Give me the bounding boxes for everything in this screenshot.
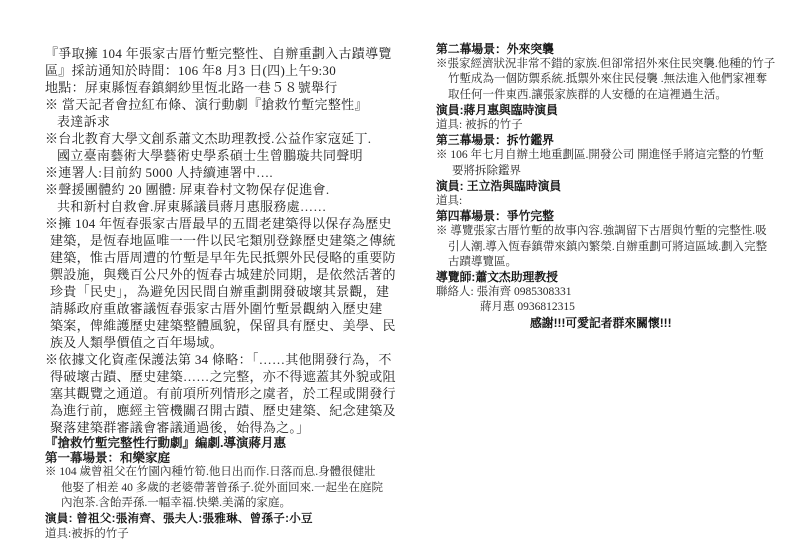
text-line: 國立臺南藝術大學藝術史學系碩士生曾鵬璇共同聲明 — [45, 147, 430, 164]
text-line: 他娶了相差 40 多歲的老婆帶著曾孫子.從外面回來.一起坐在庭院 — [45, 481, 430, 497]
text-line: 導覽師:蕭文杰助理教授 — [436, 270, 776, 285]
text-line: ※台北教育大學文創系蕭文杰助理教授.公益作家寇延丁. — [45, 130, 430, 147]
text-line: 聯絡人: 張洧齊 0985308331 — [436, 285, 776, 300]
text-line: 禦設施，與幾百公尺外的恆春古城建於同期，是依然活著的 — [45, 266, 430, 283]
text-line: 區』採訪通知於時間：106 年8 月3 日(四)上午9:30 — [45, 62, 430, 79]
text-line: 道具: 被拆的竹子 — [436, 118, 776, 133]
text-line: 共和新村自救會.屏東縣議員蔣月惠服務處…… — [45, 198, 430, 215]
right-text-column: 第二幕場景：外來突襲※張家經濟狀況非常不錯的家族.但卻常招外來住民突襲.他種的竹… — [436, 42, 776, 342]
text-line: ※擁 104 年恆春張家古厝最早的五間老建築得以保存為歷史 — [45, 215, 430, 232]
text-line: 為進行前，應經主管機關召開古蹟、歷史建築、紀念建築及 — [45, 402, 430, 419]
text-line: 蔣月惠 0936812315 — [436, 300, 776, 315]
text-line: 得破壞古蹟、歷史建築……之完整，亦不得遮蓋其外貌或阻 — [45, 368, 430, 385]
text-line: ※ 106 年七月自辦土地重劃區.開發公司 開進怪手將這完整的竹塹 — [436, 148, 776, 163]
text-line: 建築，惟古厝周遭的竹塹是早年先民抵禦外民侵略的重要防 — [45, 249, 430, 266]
text-line: 竹塹成為一個防禦系統.抵禦外來住民侵襲 .無法進入他們家裡奪 — [436, 72, 776, 87]
text-line: 族及人類學價值之百年場域。 — [45, 334, 430, 351]
text-line: 取任何一件東西.讓張家族群的人安穩的在這裡過生活。 — [436, 88, 776, 103]
left-text-column: 『爭取擁 104 年張家古厝竹塹完整性、自辦重劃入古蹟導覽區』採訪通知於時間：1… — [45, 45, 430, 545]
text-line: 第三幕場景：拆竹鑑界 — [436, 133, 776, 148]
text-line: 感謝!!!可愛記者群來關懷!!! — [436, 316, 776, 331]
text-line: 『爭取擁 104 年張家古厝竹塹完整性、自辦重劃入古蹟導覽 — [45, 45, 430, 62]
text-line: 塞其觀覽之通道。有前項所列情形之虞者，於工程或開發行 — [45, 385, 430, 402]
text-line: 內泡茶.含飴弄孫.一幅幸福.快樂.美滿的家庭。 — [45, 496, 430, 512]
text-line: 演員: 王立浩與臨時演員 — [436, 179, 776, 194]
text-line: 聚落建築群審議會審議通過後，始得為之。」 — [45, 419, 430, 436]
text-line: 道具: — [436, 194, 776, 209]
text-line: ※ 104 歲曾祖父在竹園內種竹筍.他日出而作.日落而息.身體很健壯 — [45, 465, 430, 481]
text-line: 地點：屏東縣恆春鎮網紗里恆北路一巷５８號舉行 — [45, 79, 430, 96]
text-line: 第四幕場景：爭竹完整 — [436, 209, 776, 224]
text-line: 築案，俾維護歷史建築整體風貌，保留具有歷史、美學、民 — [45, 317, 430, 334]
press-release-document: 『爭取擁 104 年張家古厝竹塹完整性、自辦重劃入古蹟導覽區』採訪通知於時間：1… — [0, 0, 800, 551]
text-line: ※ 導覽張家古厝竹塹的故事內容.強調留下古厝與竹塹的完整性.吸 — [436, 224, 776, 239]
text-line: 珍貴「民史」，為避免因民間自辦重劃開發破壞其景觀，建 — [45, 283, 430, 300]
text-line: 建築，是恆春地區唯一一件以民宅類別登錄歷史建築之傳統 — [45, 232, 430, 249]
text-line: 第一幕場景：和樂家庭 — [45, 451, 430, 466]
text-line: ※聲援團體約 20 團體: 屏東眷村文物保存促進會. — [45, 181, 430, 198]
text-line: ※依據文化資產保護法第 34 條略：「……其他開發行為，不 — [45, 351, 430, 368]
text-line: ※張家經濟狀況非常不錯的家族.但卻常招外來住民突襲.他種的竹子. — [436, 57, 776, 72]
text-line: 古蹟導覽區。 — [436, 255, 776, 270]
text-line: ※連署人:目前約 5000 人持續連署中…. — [45, 164, 430, 181]
text-line: 『搶救竹塹完整性行動劇』編劇.導演蔣月惠 — [45, 436, 430, 451]
text-line: 第二幕場景：外來突襲 — [436, 42, 776, 57]
text-line: 要將拆除鑑界 — [436, 164, 776, 179]
text-line: ※ 當天記者會拉紅布條、演行動劇『搶救竹塹完整性』 — [45, 96, 430, 113]
text-line: 演員:蔣月惠與臨時演員 — [436, 103, 776, 118]
text-line: 請縣政府重啟審議恆春張家古厝外圍竹塹景觀納入歷史建 — [45, 300, 430, 317]
text-line: 引人潮.導入恆春鎮帶來鎮內繁榮.自辦重劃可將這區域.劃入完整 — [436, 240, 776, 255]
text-line: 道具:被拆的竹子 — [45, 527, 430, 543]
text-line: 表達訴求 — [45, 113, 430, 130]
text-line: 演員: 曾祖父:張洧齊、張夫人:張雅琳、曾孫子:小豆 — [45, 512, 430, 528]
